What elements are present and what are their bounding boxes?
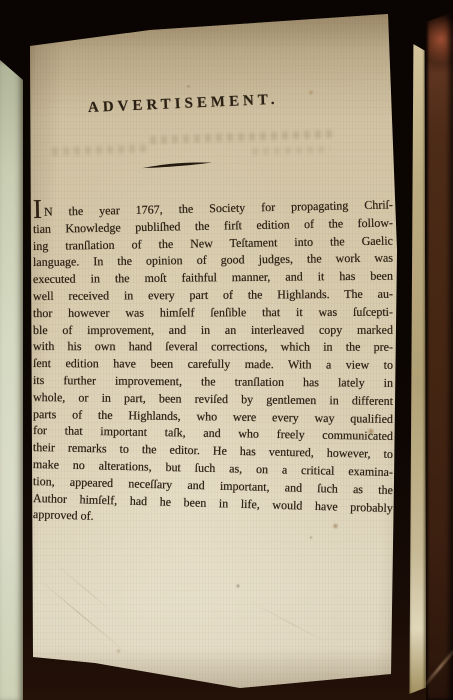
- fore-edge-pages: [408, 44, 426, 694]
- page-heading: ADVERTISEMENT.: [88, 91, 279, 117]
- foxing-spot: [187, 85, 190, 88]
- body-paragraph: IN the year 1767, the Society for propag…: [33, 205, 393, 535]
- text-line: language. In the opinion of good judges,…: [33, 251, 393, 270]
- drop-cap: I: [33, 194, 43, 224]
- foxing-spot: [309, 536, 313, 539]
- book-photo: ADVERTISEMENT. IN the year 1767, the Soc…: [0, 0, 453, 700]
- show-through-text: [150, 130, 335, 144]
- foxing-spot: [236, 584, 240, 588]
- text-line: whole, or in part, been reviſed by gentl…: [33, 390, 393, 409]
- text-line: ble of improvement, and in an interleave…: [33, 322, 393, 337]
- swelled-rule-divider: [142, 159, 212, 171]
- facing-page-edge: [0, 56, 23, 700]
- text-line: executed in the moſt faithful manner, an…: [33, 269, 393, 287]
- book-page: ADVERTISEMENT. IN the year 1767, the Soc…: [25, 10, 405, 696]
- scratch-mark: [54, 563, 116, 615]
- foxing-spot: [116, 649, 121, 653]
- text-line: ſent edition have been carefully made. W…: [33, 356, 393, 373]
- scratch-mark: [37, 578, 126, 653]
- text-line: thor however was himſelf ſenſible that i…: [33, 304, 393, 320]
- show-through-text: [52, 144, 147, 155]
- text-line: with his own hand ſeveral corrections, w…: [33, 339, 393, 355]
- leather-cover: [426, 12, 453, 700]
- foxing-spot: [308, 90, 314, 95]
- show-through-text: [252, 146, 330, 156]
- text-line: its further improvement, the tranſlation…: [33, 373, 393, 391]
- scratch-mark: [248, 600, 332, 645]
- text-line: well received in every part of the Highl…: [33, 287, 393, 304]
